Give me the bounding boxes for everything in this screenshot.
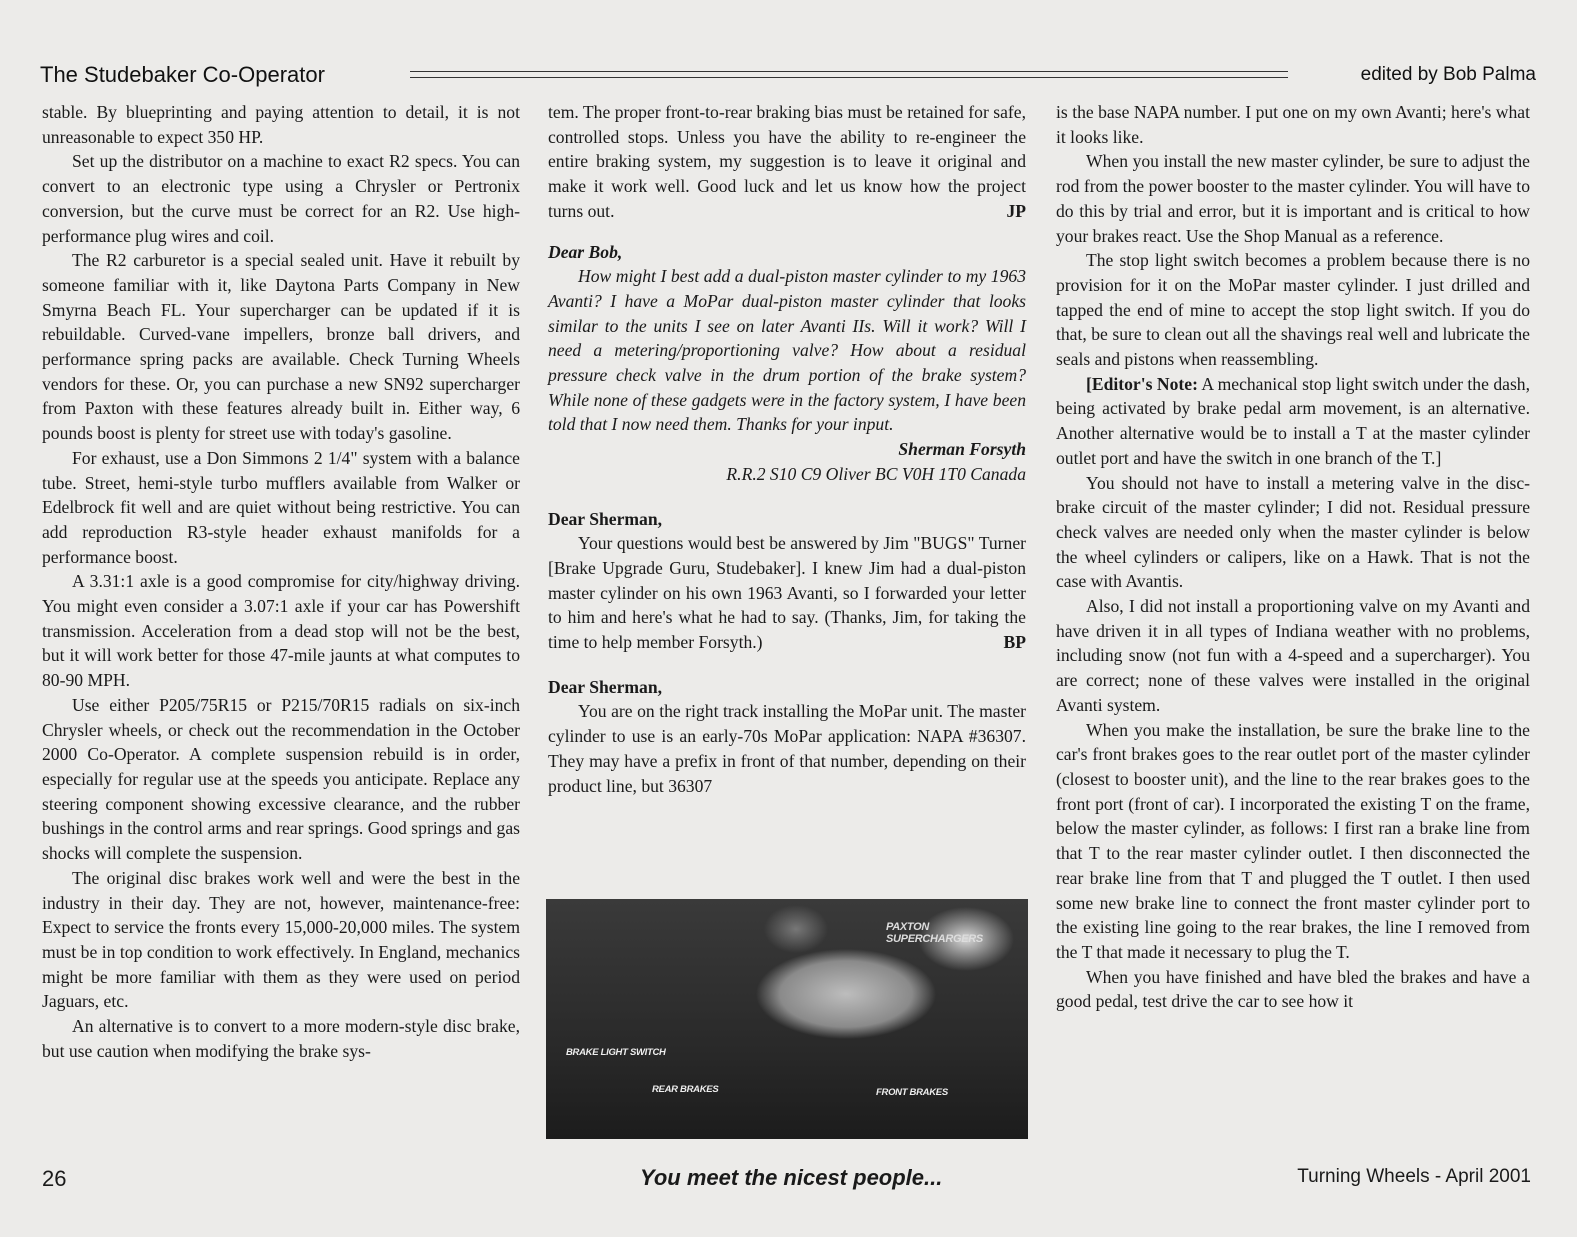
page-header: The Studebaker Co-Operator edited by Bob… bbox=[40, 62, 1536, 92]
author-initials: BP bbox=[974, 630, 1026, 655]
paragraph: tem. The proper front-to-rear braking bi… bbox=[548, 100, 1026, 224]
paragraph: For exhaust, use a Don Simmons 2 1/4" sy… bbox=[42, 446, 520, 570]
page-number: 26 bbox=[42, 1166, 66, 1192]
paragraph: When you make the installation, be sure … bbox=[1056, 718, 1530, 965]
reply-body: You are on the right track installing th… bbox=[548, 699, 1026, 798]
reply-salutation: Dear Sherman, bbox=[548, 507, 1026, 532]
reply-salutation: Dear Sherman, bbox=[548, 675, 1026, 700]
paragraph: stable. By blueprinting and paying atten… bbox=[42, 100, 520, 149]
paragraph: Also, I did not install a proportioning … bbox=[1056, 594, 1530, 718]
column-3: is the base NAPA number. I put one on my… bbox=[1056, 100, 1530, 1014]
paragraph: The stop light switch becomes a problem … bbox=[1056, 248, 1530, 372]
continuation-text: tem. The proper front-to-rear braking bi… bbox=[548, 102, 1026, 221]
paragraph: When you have finished and have bled the… bbox=[1056, 965, 1530, 1014]
reply-text: Your questions would best be answered by… bbox=[548, 533, 1026, 652]
issue-info: Turning Wheels - April 2001 bbox=[1297, 1166, 1531, 1188]
paragraph: A 3.31:1 axle is a good compromise for c… bbox=[42, 569, 520, 693]
letter-signature: Sherman Forsyth bbox=[548, 437, 1026, 462]
photo-label-brake-light-switch: Brake Light Switch bbox=[566, 1047, 666, 1058]
paragraph: The original disc brakes work well and w… bbox=[42, 866, 520, 1014]
letter-body: How might I best add a dual-piston maste… bbox=[548, 264, 1026, 437]
letter-address: R.R.2 S10 C9 Oliver BC V0H 1T0 Canada bbox=[548, 462, 1026, 487]
paragraph: An alternative is to convert to a more m… bbox=[42, 1014, 520, 1063]
paragraph: You should not have to install a meterin… bbox=[1056, 471, 1530, 595]
column-1: stable. By blueprinting and paying atten… bbox=[42, 100, 520, 1063]
footer-slogan: You meet the nicest people... bbox=[640, 1165, 942, 1191]
publication-title: The Studebaker Co-Operator bbox=[40, 62, 325, 88]
paragraph: Set up the distributor on a machine to e… bbox=[42, 149, 520, 248]
photo-label-rear-brakes: Rear Brakes bbox=[652, 1084, 718, 1095]
photo-label-paxton: Paxton Superchargers bbox=[886, 921, 1028, 945]
reply-body: Your questions would best be answered by… bbox=[548, 531, 1026, 655]
paragraph: The R2 carburetor is a special sealed un… bbox=[42, 248, 520, 446]
editors-note: [Editor's Note: A mechanical stop light … bbox=[1056, 372, 1530, 471]
author-initials: JP bbox=[1006, 199, 1026, 224]
editor-credit: edited by Bob Palma bbox=[1361, 64, 1536, 86]
column-2: tem. The proper front-to-rear braking bi… bbox=[548, 100, 1026, 798]
paragraph: When you install the new master cylinder… bbox=[1056, 149, 1530, 248]
paragraph: is the base NAPA number. I put one on my… bbox=[1056, 100, 1530, 149]
editors-note-label: [Editor's Note: bbox=[1086, 374, 1198, 394]
photo-label-front-brakes: Front Brakes bbox=[876, 1087, 948, 1098]
letter-salutation: Dear Bob, bbox=[548, 240, 1026, 265]
paragraph: Use either P205/75R15 or P215/70R15 radi… bbox=[42, 693, 520, 866]
master-cylinder-photo: Paxton Superchargers Brake Light Switch … bbox=[546, 899, 1028, 1139]
header-double-rule bbox=[410, 71, 1288, 78]
